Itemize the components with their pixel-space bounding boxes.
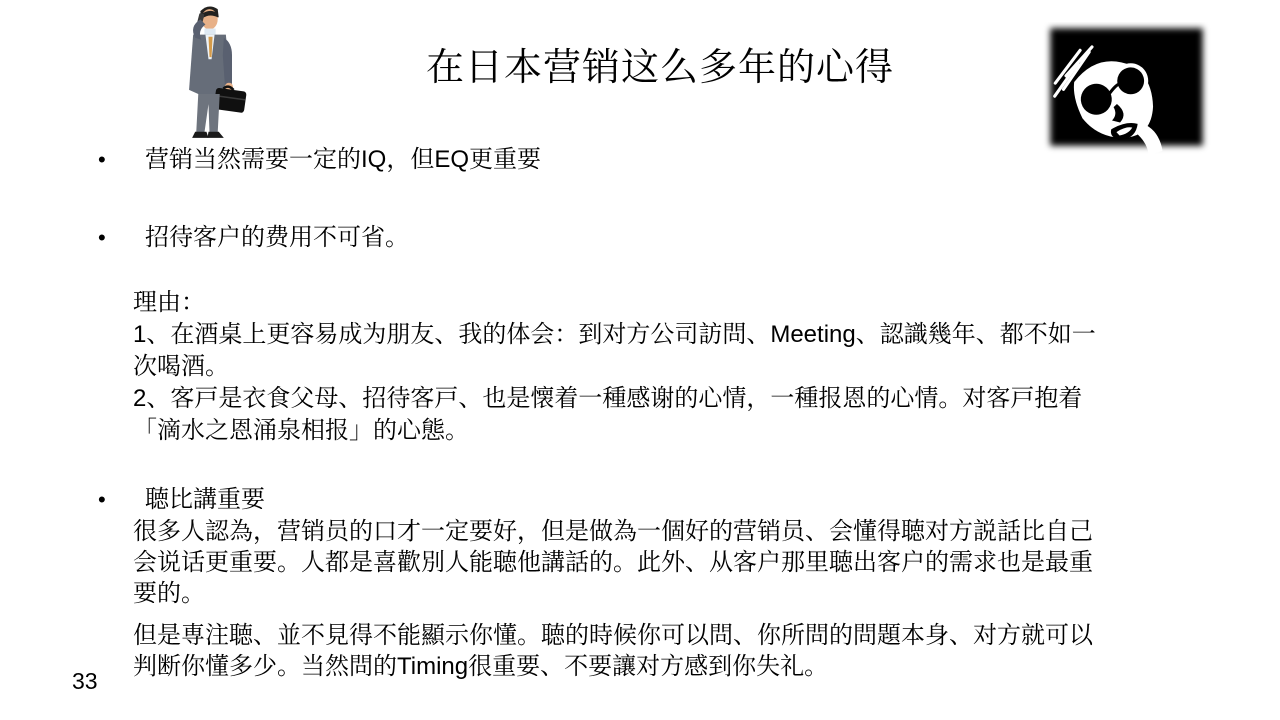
- bullet-marker: •: [98, 144, 118, 175]
- reason-heading: 理由：: [133, 287, 1108, 319]
- bullet-item-listening: • 聴比講重要: [98, 484, 1173, 515]
- presentation-slide: 在日本营销这么多年的心得: [0, 0, 1280, 720]
- bullet-item-iq-eq: • 营销当然需要一定的IQ，但EQ更重要: [98, 144, 1173, 175]
- bullet-item-text: 聴比講重要: [145, 484, 1173, 515]
- bullet-item-text: 招待客户的费用不可省。: [145, 222, 1173, 253]
- bullet-item-text: 营销当然需要一定的IQ，但EQ更重要: [145, 144, 1173, 175]
- bullet-marker: •: [98, 484, 118, 515]
- bullet-item-entertain-cost: • 招待客户的费用不可省。: [98, 222, 1173, 253]
- listening-paragraph-2: 但是専注聴、並不見得不能顯示你懂。聴的時候你可以問、你所問的問題本身、对方就可以…: [133, 620, 1108, 682]
- worried-face-sketch-icon: [1042, 22, 1212, 156]
- reason-block: 理由： 1、在酒桌上更容易成为朋友、我的体会：到对方公司訪問、Meeting、認…: [133, 287, 1108, 447]
- thinking-face-image: [1042, 22, 1212, 156]
- reason-item-2: 2、客戸是衣食父母、招待客戸、也是懐着一種感谢的心情，一種报恩的心情。对客戸抱着…: [133, 383, 1108, 447]
- listening-paragraph-1: 很多人認為，营销员的口才一定要好，但是做為一個好的营销员、会懂得聴对方説話比自己…: [133, 516, 1108, 609]
- bullet-marker: •: [98, 222, 118, 253]
- reason-item-1: 1、在酒桌上更容易成为朋友、我的体会：到对方公司訪問、Meeting、認識幾年、…: [133, 319, 1108, 383]
- page-number: 33: [72, 668, 98, 695]
